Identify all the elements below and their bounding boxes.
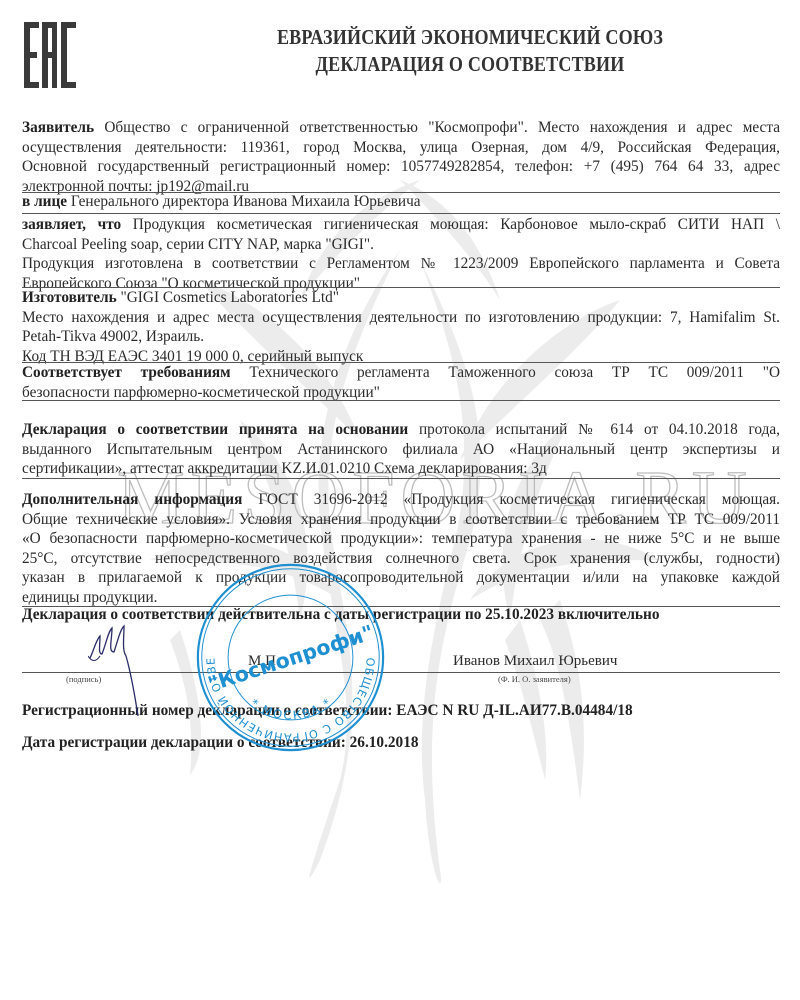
- handwritten-signature: [88, 620, 148, 720]
- divider: [22, 213, 780, 214]
- divider: [22, 400, 780, 401]
- svg-text:* МОСКВА *: * МОСКВА *: [248, 695, 335, 723]
- declares-section: заявляет, что Продукция косметическая ги…: [22, 215, 780, 293]
- stamp-company-name: "Космопрофи": [205, 620, 377, 696]
- manufacturer-label: Изготовитель: [22, 289, 117, 306]
- manufacturer-section: Изготовитель "GIGI Cosmetics Laboratorie…: [22, 288, 780, 366]
- represented-by-section: в лице Генерального директора Иванова Ми…: [22, 192, 780, 212]
- header-declaration-title: ДЕКЛАРАЦИЯ О СООТВЕТСТВИИ: [186, 51, 754, 78]
- additional-line-1: ГОСТ 31696-2012 «Продукция косметическая…: [258, 491, 780, 508]
- applicant-section: Заявитель Общество с ограниченной ответс…: [22, 118, 780, 196]
- manufacturer-name: "GIGI Cosmetics Laboratories Ltd": [121, 289, 340, 306]
- additional-info-label: Дополнительная информация: [22, 491, 242, 508]
- represented-by-label: в лице: [22, 193, 67, 210]
- additional-info-section: Дополнительная информация ГОСТ 31696-201…: [22, 490, 780, 608]
- conforms-label: Соответствует требованиям: [22, 364, 231, 381]
- header-union-title: ЕВРАЗИЙСКИЙ ЭКОНОМИЧЕСКИЙ СОЮЗ: [186, 24, 754, 51]
- eac-logo-icon: [22, 20, 78, 90]
- document-header: ЕВРАЗИЙСКИЙ ЭКОНОМИЧЕСКИЙ СОЮЗ ДЕКЛАРАЦИ…: [186, 24, 754, 78]
- applicant-label: Заявитель: [22, 119, 94, 136]
- manufacturer-address-line-1: Место нахождения и адрес места осуществл…: [22, 308, 780, 328]
- declares-line-3: Продукция изготовлена в соответствии с Р…: [22, 254, 780, 274]
- additional-line-4: 25°С, отсутствие непосредственного возде…: [22, 549, 780, 569]
- basis-line-3: сертификации», аттестат аккредитации KZ.…: [22, 459, 780, 479]
- signer-name-line: [410, 672, 780, 673]
- applicant-line-3: Основной государственный регистрационный…: [22, 157, 780, 177]
- declares-line-1: Продукция косметическая гигиеническая мо…: [133, 216, 780, 233]
- signer-name: Иванов Михаил Юрьевич: [453, 653, 617, 670]
- applicant-line-1: Общество с ограниченной ответственностью…: [104, 119, 780, 136]
- additional-line-2: Общие технические условия». Условия хран…: [22, 510, 780, 530]
- divider: [22, 478, 780, 479]
- represented-by-text: Генерального директора Иванова Михаила Ю…: [71, 193, 421, 210]
- company-seal-stamp: ОБЩЕСТВО С ОГРАНИЧЕННОЙ ОТВЕТСТВЕННОСТЬЮ…: [193, 560, 388, 755]
- signer-caption: (Ф. И. О. заявителя): [498, 674, 571, 684]
- basis-section: Декларация о соответствии принята на осн…: [22, 420, 780, 479]
- basis-line-1: протокола испытаний № 614 от 04.10.2018 …: [419, 421, 780, 438]
- basis-label: Декларация о соответствии принята на осн…: [22, 421, 408, 438]
- additional-line-5: указан в прилагаемой к продукции товарос…: [22, 568, 780, 588]
- additional-line-6: единицы продукции.: [22, 588, 780, 608]
- declares-label: заявляет, что: [22, 216, 121, 233]
- additional-line-3: «О безопасности парфюмерно-косметической…: [22, 529, 780, 549]
- declaration-page: ЕВРАЗИЙСКИЙ ЭКОНОМИЧЕСКИЙ СОЮЗ ДЕКЛАРАЦИ…: [0, 0, 800, 1000]
- registration-number-value: ЕАЭС N RU Д-IL.АИ77.В.04484/18: [396, 702, 632, 719]
- declares-line-2: Charcoal Peeling soap, серии CITY NAP, м…: [22, 235, 780, 255]
- stamp-city: * МОСКВА *: [248, 695, 335, 723]
- manufacturer-address-line-2: Petah-Tikva 49002, Израиль.: [22, 327, 780, 347]
- applicant-line-2: осуществления деятельности: 119361, горо…: [22, 138, 780, 158]
- basis-line-2: выданного Испытательным центром Астанинс…: [22, 440, 780, 460]
- conforms-line-1: Технического регламента Таможенного союз…: [249, 364, 780, 381]
- conforms-section: Соответствует требованиям Технического р…: [22, 363, 780, 402]
